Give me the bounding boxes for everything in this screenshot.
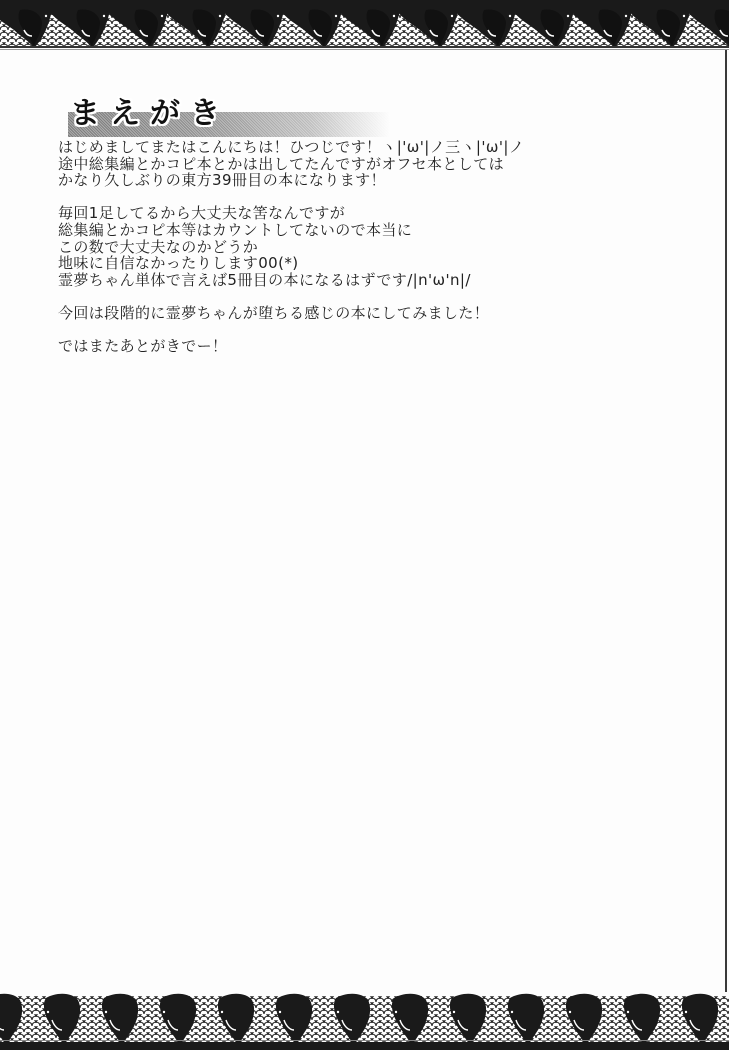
text-line: 総集編とかコピ本等はカウントしてないので本当に [58,222,618,239]
bottom-lace-border [0,990,729,1050]
text-line: 途中総集編とかコピ本とかは出してたんですがオフセ本としては [58,156,618,173]
text-line: かなり久しぶりの東方39冊目の本になります！ [58,172,618,189]
preface-body: はじめましてまたはこんにちは！ひつじです！ヽ|'ω'|ノ三ヽ|'ω'|ノ 途中総… [58,139,618,371]
text-line: 地味に自信なかったりします00(*) [58,255,618,272]
page-title: まえがき [70,95,230,133]
paragraph-greeting: はじめましてまたはこんにちは！ひつじです！ヽ|'ω'|ノ三ヽ|'ω'|ノ 途中総… [58,139,618,189]
top-lace-border [0,0,729,52]
right-edge-rule [725,50,727,992]
text-line: 霊夢ちゃん単体で言えば5冊目の本になるはずです/|n'ω'n|/ [58,272,618,289]
lace-border-icon [0,0,729,52]
text-line: 毎回1足してるから大丈夫な筈なんですが [58,205,618,222]
text-line: はじめましてまたはこんにちは！ひつじです！ヽ|'ω'|ノ三ヽ|'ω'|ノ [58,139,618,156]
lace-border-icon [0,990,729,1050]
heading-block: まえがき [68,95,398,140]
paragraph-count: 毎回1足してるから大丈夫な筈なんですが 総集編とかコピ本等はカウントしてないので… [58,205,618,288]
paragraph-theme: 今回は段階的に霊夢ちゃんが堕ちる感じの本にしてみました！ [58,305,618,322]
paragraph-closing: ではまたあとがきでー！ [58,338,618,355]
text-line: この数で大丈夫なのかどうか [58,239,618,256]
text-line: 今回は段階的に霊夢ちゃんが堕ちる感じの本にしてみました！ [58,305,618,322]
text-line: ではまたあとがきでー！ [58,338,618,355]
